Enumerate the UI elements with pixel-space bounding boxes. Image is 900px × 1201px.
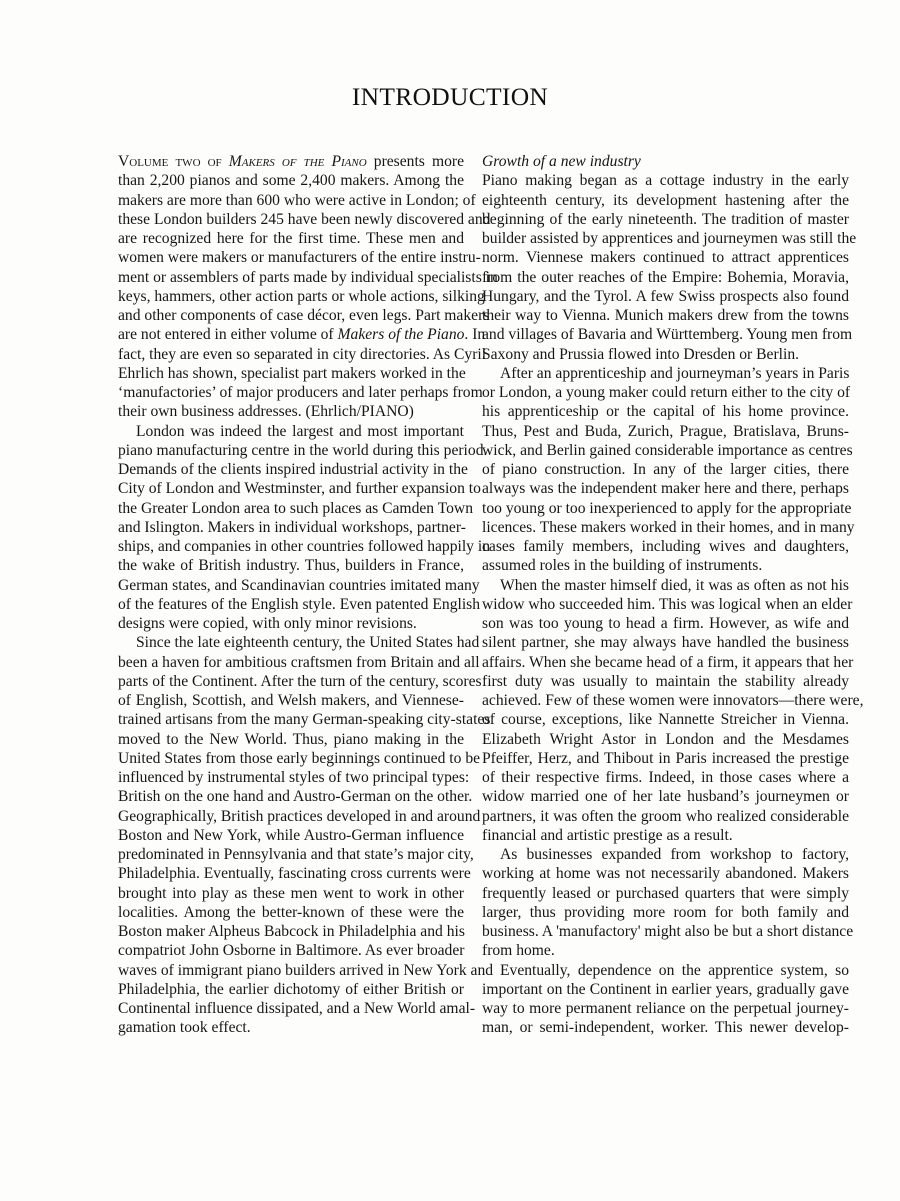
text-line: widow married one of her late husband’s …: [482, 787, 849, 806]
text-line: Elizabeth Wright Astor in London and the…: [482, 730, 849, 749]
text-line: working at home was not necessarily aban…: [482, 864, 849, 883]
text-line: moved to the New World. Thus, piano maki…: [118, 730, 464, 749]
text-line: eighteenth century, its development hast…: [482, 191, 849, 210]
text-line: norm. Viennese makers continued to attra…: [482, 248, 849, 267]
text-line: too young or too inexperienced to apply …: [482, 499, 849, 518]
text-line: his apprenticeship or the capital of his…: [482, 402, 849, 421]
text-line: or London, a young maker could return ei…: [482, 383, 849, 402]
text-line: Piano making began as a cottage industry…: [482, 171, 849, 190]
right-column: Growth of a new industry Piano making be…: [482, 152, 849, 1038]
text-line: of course, exceptions, like Nannette Str…: [482, 710, 849, 729]
text-line: gamation took effect.: [118, 1018, 464, 1037]
text-line: parts of the Continent. After the turn o…: [118, 672, 464, 691]
text-line: larger, thus providing more room for bot…: [482, 903, 849, 922]
text-line: wick, and Berlin gained considerable imp…: [482, 441, 849, 460]
text-line: influenced by instrumental styles of two…: [118, 768, 464, 787]
section-subheading: Growth of a new industry: [482, 152, 849, 171]
text-line: their own business addresses. (Ehrlich/P…: [118, 402, 464, 421]
book-title: Makers of the Piano: [338, 326, 465, 343]
text-line: of the features of the English style. Ev…: [118, 595, 464, 614]
text-line: are recognized here for the first time. …: [118, 229, 464, 248]
text-line: trained artisans from the many German-sp…: [118, 710, 464, 729]
text-line: of English, Scottish, and Welsh makers, …: [118, 691, 464, 710]
text-line: ‘manufactories’ of major producers and l…: [118, 383, 464, 402]
text-line: builder assisted by apprentices and jour…: [482, 229, 849, 248]
text-line: Boston maker Alpheus Babcock in Philadel…: [118, 922, 464, 941]
text-line: compatriot John Osborne in Baltimore. As…: [118, 941, 464, 960]
text-line: silent partner, she may always have hand…: [482, 633, 849, 652]
text-line: than 2,200 pianos and some 2,400 makers.…: [118, 171, 464, 190]
text-line: from the outer reaches of the Empire: Bo…: [482, 268, 849, 287]
text-line: affairs. When she became head of a firm,…: [482, 653, 849, 672]
text-line: partners, it was often the groom who rea…: [482, 807, 849, 826]
text-line: widow who succeeded him. This was logica…: [482, 595, 849, 614]
text-line: Saxony and Prussia flowed into Dresden o…: [482, 345, 849, 364]
text-line: assumed roles in the building of instrum…: [482, 556, 849, 575]
text-line: and Islington. Makers in individual work…: [118, 518, 464, 537]
text-line: designs were copied, with only minor rev…: [118, 614, 464, 633]
text-line: brought into play as these men went to w…: [118, 884, 464, 903]
text-line: cases family members, including wives an…: [482, 537, 849, 556]
text-line: of piano construction. In any of the lar…: [482, 460, 849, 479]
text-line: Volume two of Makers of the Piano presen…: [118, 152, 464, 171]
text-line: been a haven for ambitious craftsmen fro…: [118, 653, 464, 672]
text-line: After an apprenticeship and journeyman’s…: [482, 364, 849, 383]
text-line: of their respective firms. Indeed, in th…: [482, 768, 849, 787]
text-line: women were makers or manufacturers of th…: [118, 248, 464, 267]
lead-smallcaps: Volume two of: [118, 153, 229, 170]
text-line: way to more permanent reliance on the pe…: [482, 999, 849, 1018]
text-line: important on the Continent in earlier ye…: [482, 980, 849, 999]
text-line: As businesses expanded from workshop to …: [482, 845, 849, 864]
text-line: are not entered in either volume of Make…: [118, 325, 464, 344]
text-line: Thus, Pest and Buda, Zurich, Prague, Bra…: [482, 422, 849, 441]
text-line: son was too young to head a firm. Howeve…: [482, 614, 849, 633]
left-column: Volume two of Makers of the Piano presen…: [118, 152, 464, 1038]
text-line: beginning of the early nineteenth. The t…: [482, 210, 849, 229]
text-line: Continental influence dissipated, and a …: [118, 999, 464, 1018]
text-line: waves of immigrant piano builders arrive…: [118, 961, 464, 980]
text-line: Pfeiffer, Herz, and Thibout in Paris inc…: [482, 749, 849, 768]
text-line: makers are more than 600 who were active…: [118, 191, 464, 210]
text-line: Boston and New York, while Austro-German…: [118, 826, 464, 845]
text-line: Philadelphia, the earlier dichotomy of e…: [118, 980, 464, 999]
page-title: INTRODUCTION: [0, 82, 900, 112]
text-line: ships, and companies in other countries …: [118, 537, 464, 556]
text-line: frequently leased or purchased quarters …: [482, 884, 849, 903]
text-line: piano manufacturing centre in the world …: [118, 441, 464, 460]
text-line: ment or assemblers of parts made by indi…: [118, 268, 464, 287]
text-line: and other components of case décor, even…: [118, 306, 464, 325]
text-line: Demands of the clients inspired industri…: [118, 460, 464, 479]
text-line: German states, and Scandinavian countrie…: [118, 576, 464, 595]
text-line: from home.: [482, 941, 849, 960]
text-line: Geographically, British practices develo…: [118, 807, 464, 826]
text-line: keys, hammers, other action parts or who…: [118, 287, 464, 306]
text-line: these London builders 245 have been newl…: [118, 210, 464, 229]
book-title: Makers of the Piano: [229, 153, 367, 170]
text-line: Eventually, dependence on the apprentice…: [482, 961, 849, 980]
document-page: INTRODUCTION Volume two of Makers of the…: [0, 0, 900, 1201]
text-line: financial and artistic prestige as a res…: [482, 826, 849, 845]
text-line: and villages of Bavaria and Württemberg.…: [482, 325, 849, 344]
text-line: first duty was usually to maintain the s…: [482, 672, 849, 691]
text-line: fact, they are even so separated in city…: [118, 345, 464, 364]
text-line: localities. Among the better-known of th…: [118, 903, 464, 922]
text-line: the wake of British industry. Thus, buil…: [118, 556, 464, 575]
text-line: man, or semi-independent, worker. This n…: [482, 1018, 849, 1037]
text-line: City of London and Westminster, and furt…: [118, 479, 464, 498]
text-line: always was the independent maker here an…: [482, 479, 849, 498]
text-line: Since the late eighteenth century, the U…: [118, 633, 464, 652]
text-line: Philadelphia. Eventually, fascinating cr…: [118, 864, 464, 883]
text-line: predominated in Pennsylvania and that st…: [118, 845, 464, 864]
text-line: Hungary, and the Tyrol. A few Swiss pros…: [482, 287, 849, 306]
text-line: When the master himself died, it was as …: [482, 576, 849, 595]
text-line: British on the one hand and Austro-Germa…: [118, 787, 464, 806]
text-line: business. A 'manufactory' might also be …: [482, 922, 849, 941]
text-line: their way to Vienna. Munich makers drew …: [482, 306, 849, 325]
text-line: United States from those early beginning…: [118, 749, 464, 768]
text-line: the Greater London area to such places a…: [118, 499, 464, 518]
text-line: licences. These makers worked in their h…: [482, 518, 849, 537]
text-line: achieved. Few of these women were innova…: [482, 691, 849, 710]
text-line: Ehrlich has shown, specialist part maker…: [118, 364, 464, 383]
text-line: London was indeed the largest and most i…: [118, 422, 464, 441]
